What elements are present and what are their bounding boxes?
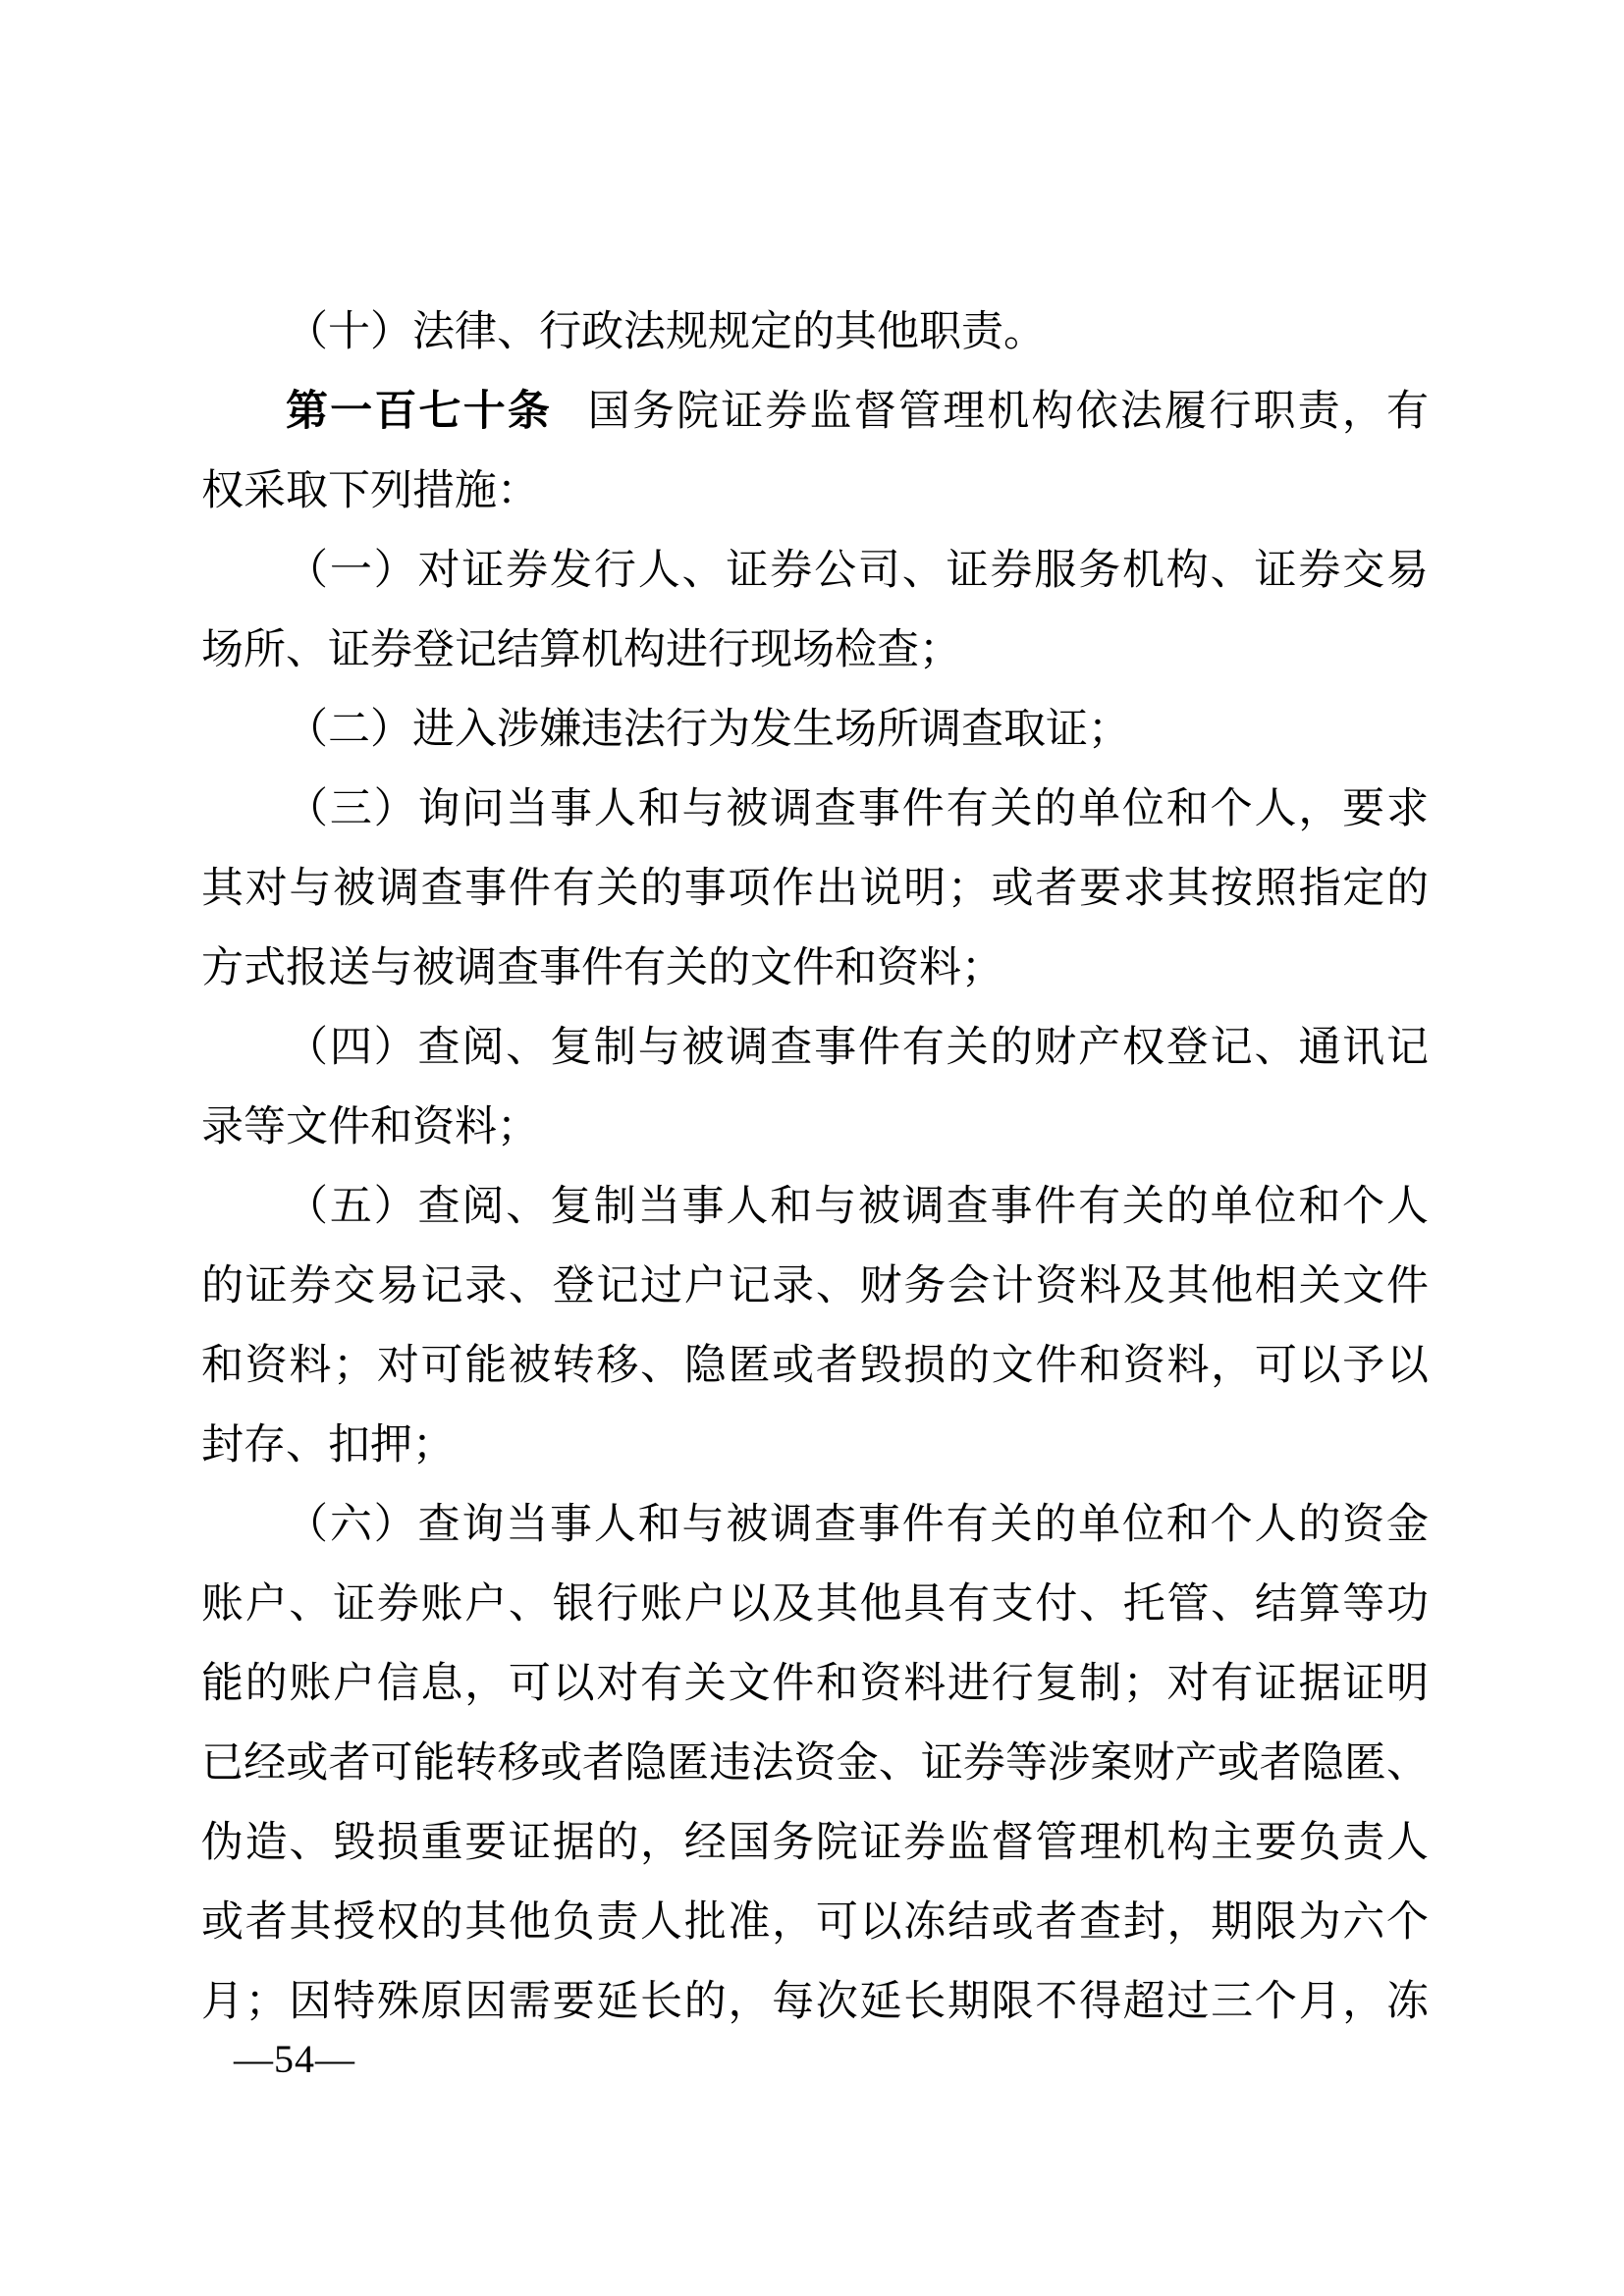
page-number: —54— xyxy=(234,2034,355,2085)
text-line: 月；因特殊原因需要延长的，每次延长期限不得超过三个月，冻 xyxy=(201,1962,1429,2042)
text-line: （三）询问当事人和与被调查事件有关的单位和个人，要求 xyxy=(201,770,1429,849)
text-line: 已经或者可能转移或者隐匿违法资金、证券等涉案财产或者隐匿、 xyxy=(201,1724,1429,1803)
text-line: 或者其授权的其他负责人批准，可以冻结或者查封，期限为六个 xyxy=(201,1883,1429,1962)
article-text: 国务院证券监督管理机构依法履行职责，有 xyxy=(588,389,1429,435)
text-line: 权采取下列措施： xyxy=(201,452,1429,531)
text-line: 封存、扣押； xyxy=(201,1406,1429,1485)
text-line: 录等文件和资料； xyxy=(201,1088,1429,1167)
text-line: 伪造、毁损重要证据的，经国务院证券监督管理机构主要负责人 xyxy=(201,1803,1429,1883)
document-page: （十）法律、行政法规规定的其他职责。第一百七十条国务院证券监督管理机构依法履行职… xyxy=(0,0,1624,2296)
article-number: 第一百七十条 xyxy=(286,389,552,435)
text-line: （二）进入涉嫌违法行为发生场所调查取证； xyxy=(201,690,1429,770)
text-line: 其对与被调查事件有关的事项作出说明；或者要求其按照指定的 xyxy=(201,849,1429,929)
document-body: （十）法律、行政法规规定的其他职责。第一百七十条国务院证券监督管理机构依法履行职… xyxy=(201,293,1429,2042)
text-line: （六）查询当事人和与被调查事件有关的单位和个人的资金 xyxy=(201,1485,1429,1565)
page-number-text: —54— xyxy=(234,2037,355,2081)
text-line: 第一百七十条国务院证券监督管理机构依法履行职责，有 xyxy=(201,372,1429,452)
text-line: 能的账户信息，可以对有关文件和资料进行复制；对有证据证明 xyxy=(201,1644,1429,1724)
text-line: （五）查阅、复制当事人和与被调查事件有关的单位和个人 xyxy=(201,1167,1429,1247)
text-line: （四）查阅、复制与被调查事件有关的财产权登记、通讯记 xyxy=(201,1008,1429,1088)
text-line: 和资料；对可能被转移、隐匿或者毁损的文件和资料，可以予以 xyxy=(201,1326,1429,1406)
text-line: 方式报送与被调查事件有关的文件和资料； xyxy=(201,929,1429,1008)
text-line: （一）对证券发行人、证券公司、证券服务机构、证券交易 xyxy=(201,531,1429,611)
text-line: 账户、证券账户、银行账户以及其他具有支付、托管、结算等功 xyxy=(201,1565,1429,1644)
text-line: 的证券交易记录、登记过户记录、财务会计资料及其他相关文件 xyxy=(201,1247,1429,1326)
text-line: （十）法律、行政法规规定的其他职责。 xyxy=(201,293,1429,372)
text-line: 场所、证券登记结算机构进行现场检查； xyxy=(201,611,1429,690)
